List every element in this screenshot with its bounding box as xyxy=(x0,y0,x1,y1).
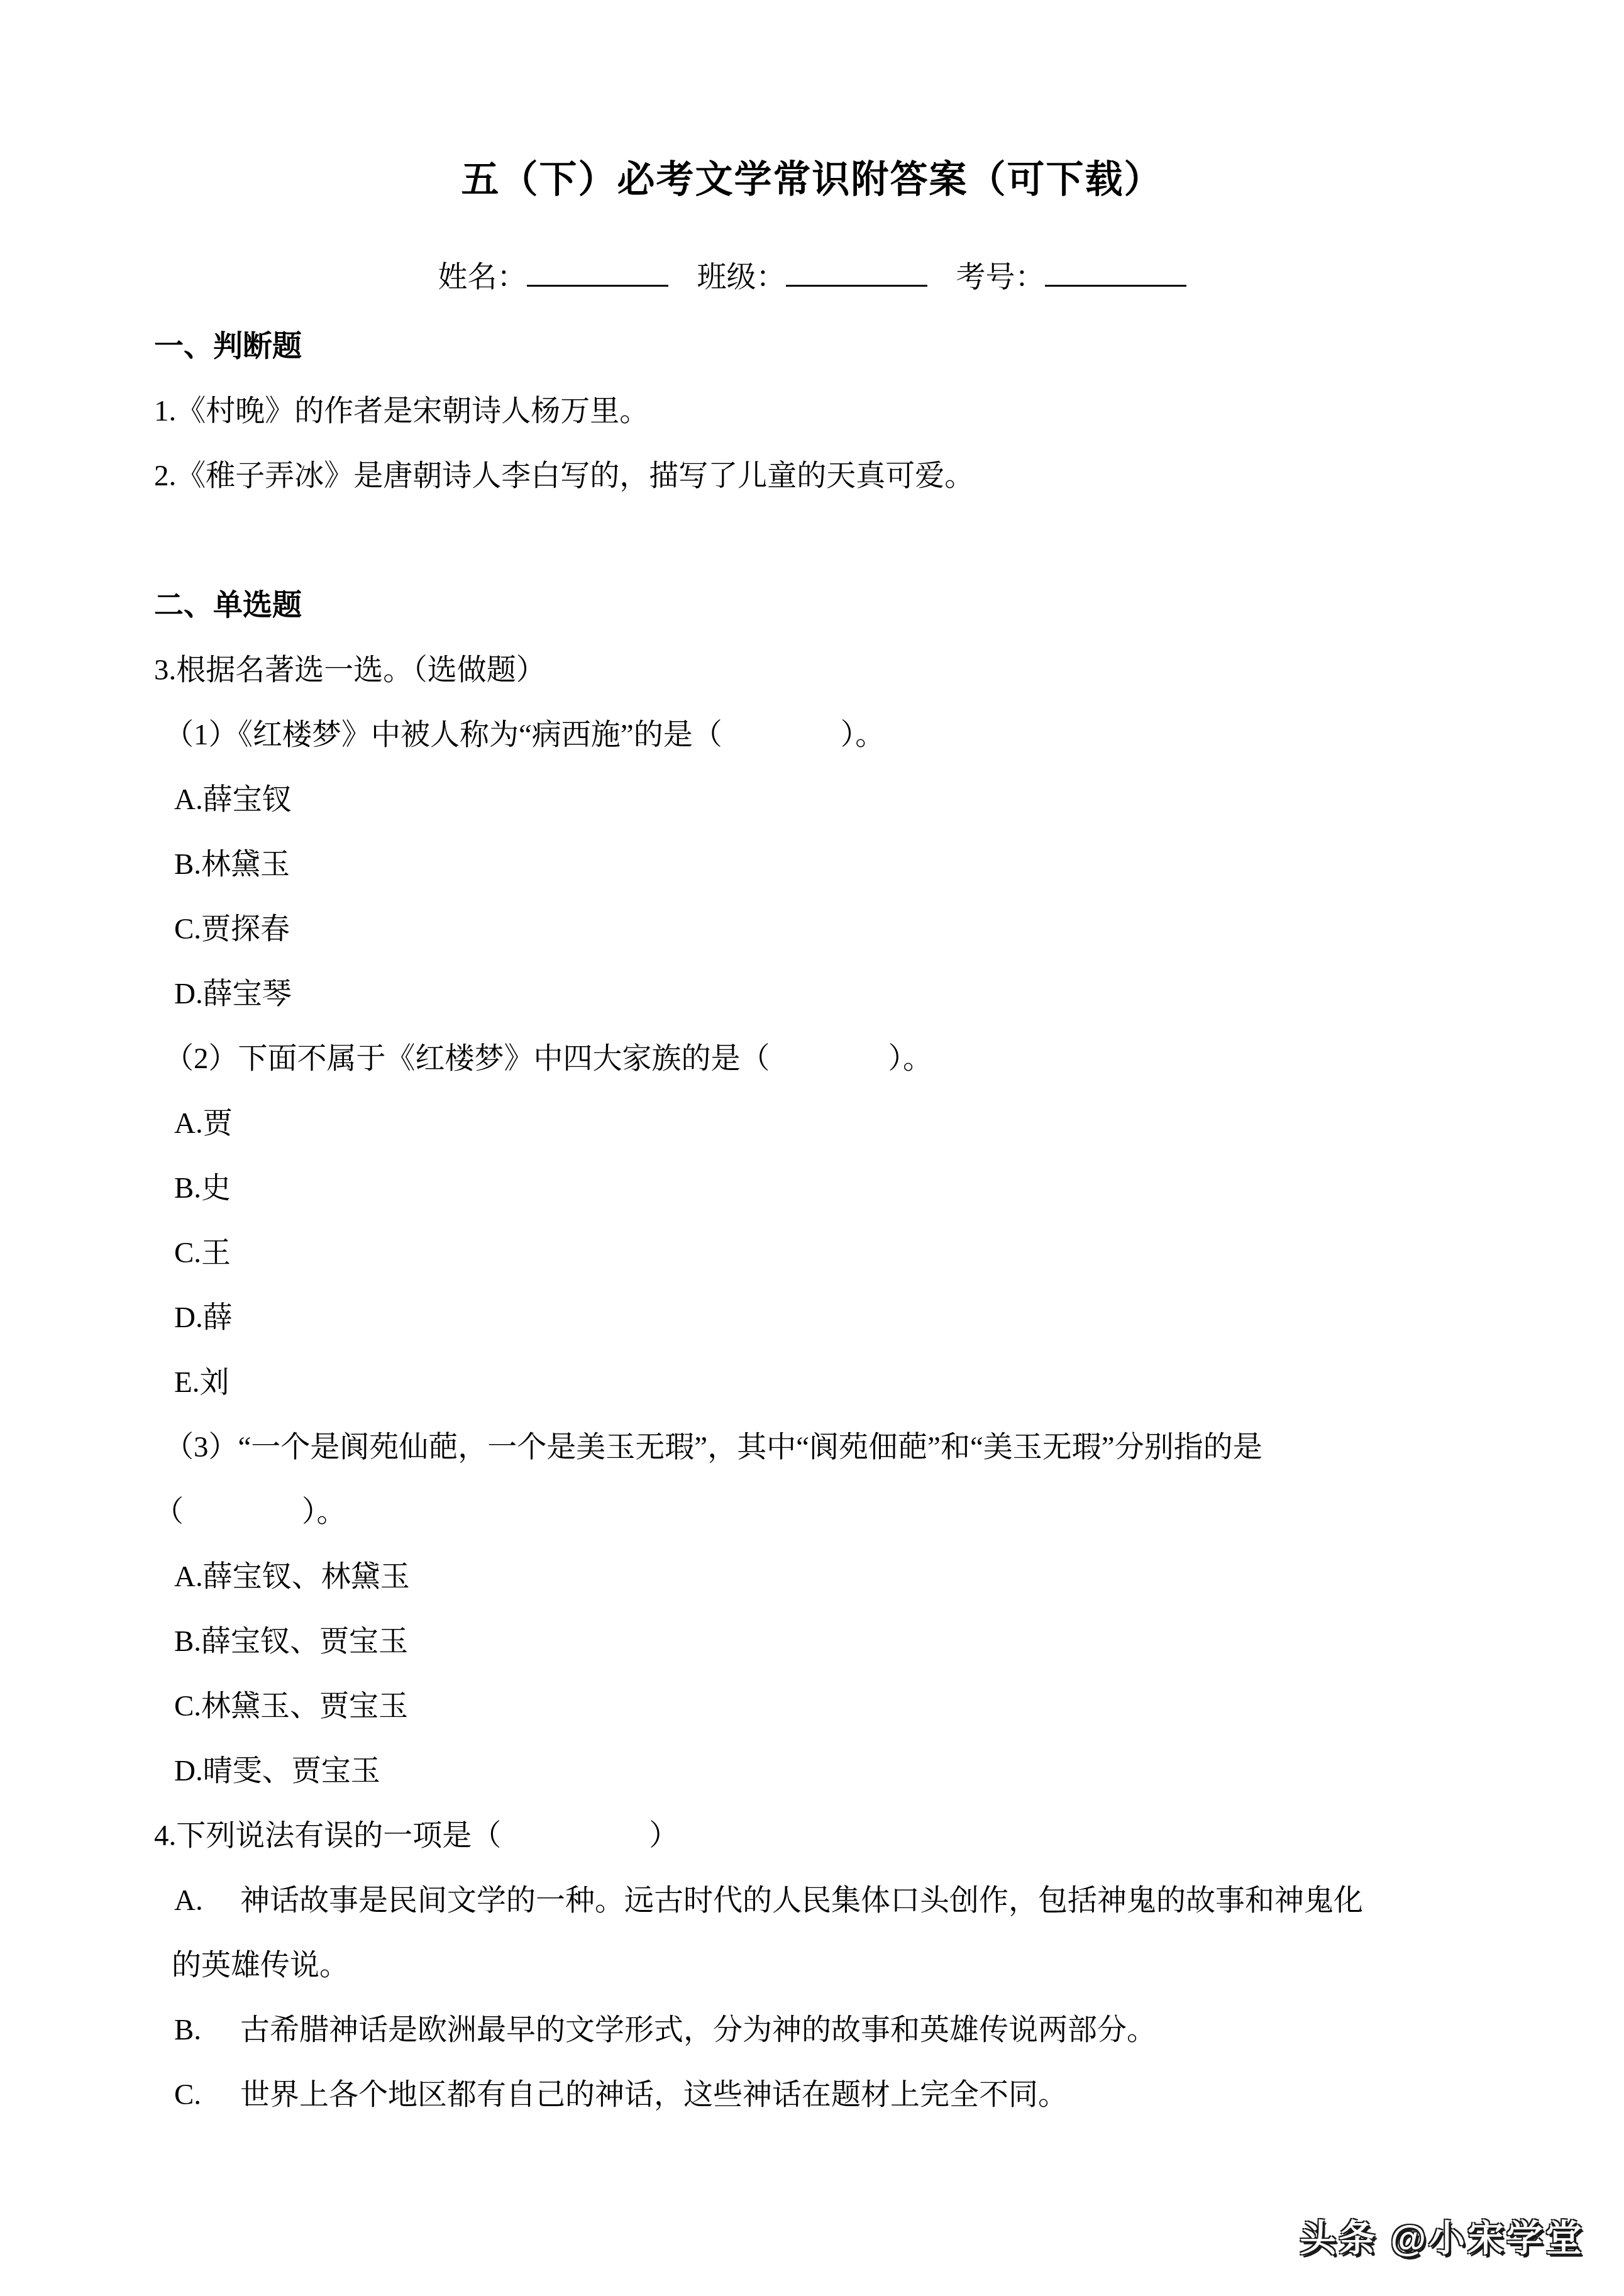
question-4-option-b-text: 古希腊神话是欧洲最早的文学形式，分为神的故事和英雄传说两部分。 xyxy=(240,2014,1156,2046)
question-3-2-stem: （2）下面不属于《红楼梦》中四大家族的是（ ）。 xyxy=(154,1044,1549,1074)
question-4-option-c: C.世界上各个地区都有自己的神话，这些神话在题材上完全不同。 xyxy=(154,2080,1549,2110)
worksheet-page: 五（下）必考文学常识附答案（可下载） 姓名：班级：考号： 一、判断题 1.《村晚… xyxy=(0,0,1624,2296)
question-3-1-option-d: D.薛宝琴 xyxy=(154,979,1549,1009)
question-3-1-option-b: B.林黛玉 xyxy=(154,849,1549,880)
question-3-2-option-e: E.刘 xyxy=(154,1367,1549,1398)
class-blank xyxy=(786,257,927,287)
question-3-3-option-c: C.林黛玉、贾宝玉 xyxy=(154,1691,1549,1721)
question-4-option-c-text: 世界上各个地区都有自己的神话，这些神话在题材上完全不同。 xyxy=(240,2078,1068,2111)
question-4-option-a-wrap: 的英雄传说。 xyxy=(154,1950,1549,1980)
student-info-line: 姓名：班级：考号： xyxy=(0,257,1624,292)
question-3-2-option-c: C.王 xyxy=(154,1238,1549,1268)
toutiao-watermark: 头条 @小宋学堂 xyxy=(1300,2209,1584,2261)
question-3-3-option-a: A.薛宝钗、林黛玉 xyxy=(154,1562,1549,1592)
section1-heading: 一、判断题 xyxy=(154,331,1549,362)
question-3-3-stem-line1: （3）“一个是阆苑仙葩，一个是美玉无瑕”，其中“阆苑佃葩”和“美玉无瑕”分别指的… xyxy=(154,1432,1549,1462)
question-4-option-a: A.神话故事是民间文学的一种。远古时代的人民集体口头创作，包括神鬼的故事和神鬼化 xyxy=(154,1885,1549,1916)
question-3-2-option-d: D.薛 xyxy=(154,1303,1549,1333)
question-1: 1.《村晚》的作者是宋朝诗人杨万里。 xyxy=(154,396,1549,426)
question-4-option-b: B.古希腊神话是欧洲最早的文学形式，分为神的故事和英雄传说两部分。 xyxy=(154,2015,1549,2045)
name-blank xyxy=(527,257,668,287)
question-4-option-a-label: A. xyxy=(174,1885,240,1916)
exam-no-label: 考号： xyxy=(956,262,1045,292)
question-3-stem: 3.根据名著选一选。（选做题） xyxy=(154,655,1549,685)
question-4-option-a-text: 神话故事是民间文学的一种。远古时代的人民集体口头创作，包括神鬼的故事和神鬼化 xyxy=(240,1884,1363,1917)
question-4-stem: 4.下列说法有误的一项是（ ） xyxy=(154,1821,1549,1851)
class-label: 班级： xyxy=(697,262,786,292)
question-3-2-option-b: B.史 xyxy=(154,1173,1549,1203)
question-3-2-option-a: A.贾 xyxy=(154,1108,1549,1139)
exam-no-blank xyxy=(1045,257,1186,287)
question-4-option-c-label: C. xyxy=(174,2080,240,2110)
question-2: 2.《稚子弄冰》是唐朝诗人李白写的，描写了儿童的天真可爱。 xyxy=(154,461,1549,491)
question-3-3-stem-line2: （ ）。 xyxy=(154,1497,1549,1527)
worksheet-content: 一、判断题 1.《村晚》的作者是宋朝诗人杨万里。 2.《稚子弄冰》是唐朝诗人李白… xyxy=(0,331,1624,2110)
question-3-3-option-b: B.薛宝钗、贾宝玉 xyxy=(154,1626,1549,1657)
name-label: 姓名： xyxy=(438,262,527,292)
page-title: 五（下）必考文学常识附答案（可下载） xyxy=(0,0,1624,199)
section-gap xyxy=(154,526,1549,590)
question-3-3-option-d: D.晴雯、贾宝玉 xyxy=(154,1756,1549,1786)
question-4-option-b-label: B. xyxy=(174,2015,240,2045)
section2-heading: 二、单选题 xyxy=(154,590,1549,621)
question-3-1-stem: （1）《红楼梦》中被人称为“病西施”的是（ ）。 xyxy=(154,720,1549,750)
question-3-1-option-a: A.薛宝钗 xyxy=(154,785,1549,815)
question-3-1-option-c: C.贾探春 xyxy=(154,914,1549,944)
